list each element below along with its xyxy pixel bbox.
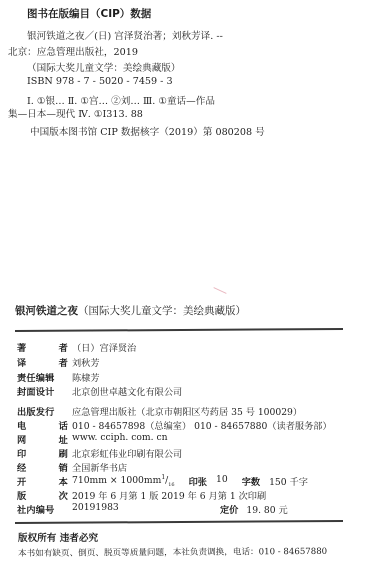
cip-line-4: ISBN 978 - 7 - 5020 - 7459 - 3 (27, 76, 173, 87)
pub-label: 电话 (17, 418, 68, 432)
stray-mark (213, 287, 226, 294)
credit-label: 责任编辑 (17, 370, 68, 384)
pub-value: www. cciph. com. cn (72, 432, 168, 446)
cip-line-7: 中国版本图书馆 CIP 数据核字（2019）第 080208 号 (30, 124, 265, 138)
price-label: 定价 (220, 502, 238, 516)
spec-value: 710mm × 1000mm1/16 (72, 474, 175, 488)
spec-value: 20191983 (72, 502, 170, 516)
pub-label: 网址 (17, 432, 68, 446)
distributor-row: 经销 全国新华书店 (17, 460, 127, 474)
sheets-label: 印张 (189, 474, 207, 488)
credit-value: 北京创世卓越文化有限公司 (72, 384, 182, 398)
credit-label: 著者 (17, 340, 68, 354)
rights-heading: 版权所有 违者必究 (18, 530, 98, 544)
cip-heading: 图书在版编目（CIP）数据 (27, 6, 151, 21)
book-series: （国际大奖儿童文学：美绘典藏版） (78, 305, 246, 317)
cip-line-2: 北京：应急管理出版社，2019 (8, 44, 138, 58)
pub-value: 全国新华书店 (72, 460, 127, 474)
spec-value: 2019 年 6 月第 1 版 2019 年 6 月第 1 次印刷 (72, 488, 266, 502)
title-divider (15, 328, 343, 332)
pub-label: 经销 (17, 460, 68, 474)
book-title: 银河铁道之夜（国际大奖儿童文学：美绘典藏版） (15, 303, 246, 318)
spec-label: 版次 (17, 488, 68, 502)
edition-row: 版次 2019 年 6 月第 1 版 2019 年 6 月第 1 次印刷 (17, 488, 266, 502)
spec-label: 社内编号 (17, 502, 68, 516)
publisher-row: 出版发行 应急管理出版社（北京市朝阳区芍药居 35 号 100029） (17, 404, 302, 418)
phone-row: 电话 010 - 84657898（总编室） 010 - 84657880（读者… (17, 418, 332, 432)
credit-author: 著者 （日）宫泽贤治 (17, 340, 136, 354)
cip-line-1: 银河铁道之夜／(日) 宫泽贤治著；刘秋芳译. -- (27, 28, 223, 42)
code-row: 社内编号 20191983 定价 19. 80 元 (17, 502, 288, 516)
spec-label: 开本 (17, 474, 68, 488)
sheets-value: 10 (216, 474, 228, 488)
cip-line-5: Ⅰ. ①银… Ⅱ. ①宫… ②刘… Ⅲ. ①童话—作品 (27, 93, 215, 107)
credit-value: 陈棣芳 (72, 370, 100, 384)
website-row: 网址 www. cciph. com. cn (17, 432, 168, 446)
credit-label: 译者 (17, 355, 68, 369)
credit-editor: 责任编辑 陈棣芳 (17, 370, 100, 384)
credit-value: 刘秋芳 (72, 355, 100, 369)
credit-translator: 译者 刘秋芳 (17, 355, 100, 369)
words-value: 150 千字 (269, 474, 308, 488)
pub-value: 应急管理出版社（北京市朝阳区芍药居 35 号 100029） (72, 404, 302, 418)
credit-value: （日）宫泽贤治 (72, 340, 136, 354)
cip-line-3: （国际大奖儿童文学：美绘典藏版） (27, 60, 181, 74)
pub-label: 印刷 (17, 446, 68, 460)
format-row: 开本 710mm × 1000mm1/16 印张 10 字数 150 千字 (17, 474, 308, 488)
printer-row: 印刷 北京彩虹伟业印刷有限公司 (17, 446, 182, 460)
words-label: 字数 (242, 474, 260, 488)
cip-line-6: 集—日本—现代 Ⅳ. ①I313. 88 (8, 106, 143, 120)
credit-cover-design: 封面设计 北京创世卓越文化有限公司 (17, 384, 182, 398)
pub-label: 出版发行 (17, 404, 68, 418)
price-value: 19. 80 元 (246, 502, 287, 516)
pub-value: 北京彩虹伟业印刷有限公司 (72, 446, 182, 460)
rights-notice: 本书如有缺页、倒页、脱页等质量问题，本社负责调换，电话：010 - 846578… (18, 545, 327, 559)
specs-divider (15, 520, 343, 524)
pub-value: 010 - 84657898（总编室） 010 - 84657880（读者服务部… (72, 418, 332, 432)
book-title-main: 银河铁道之夜 (15, 305, 78, 317)
credit-label: 封面设计 (17, 384, 68, 398)
